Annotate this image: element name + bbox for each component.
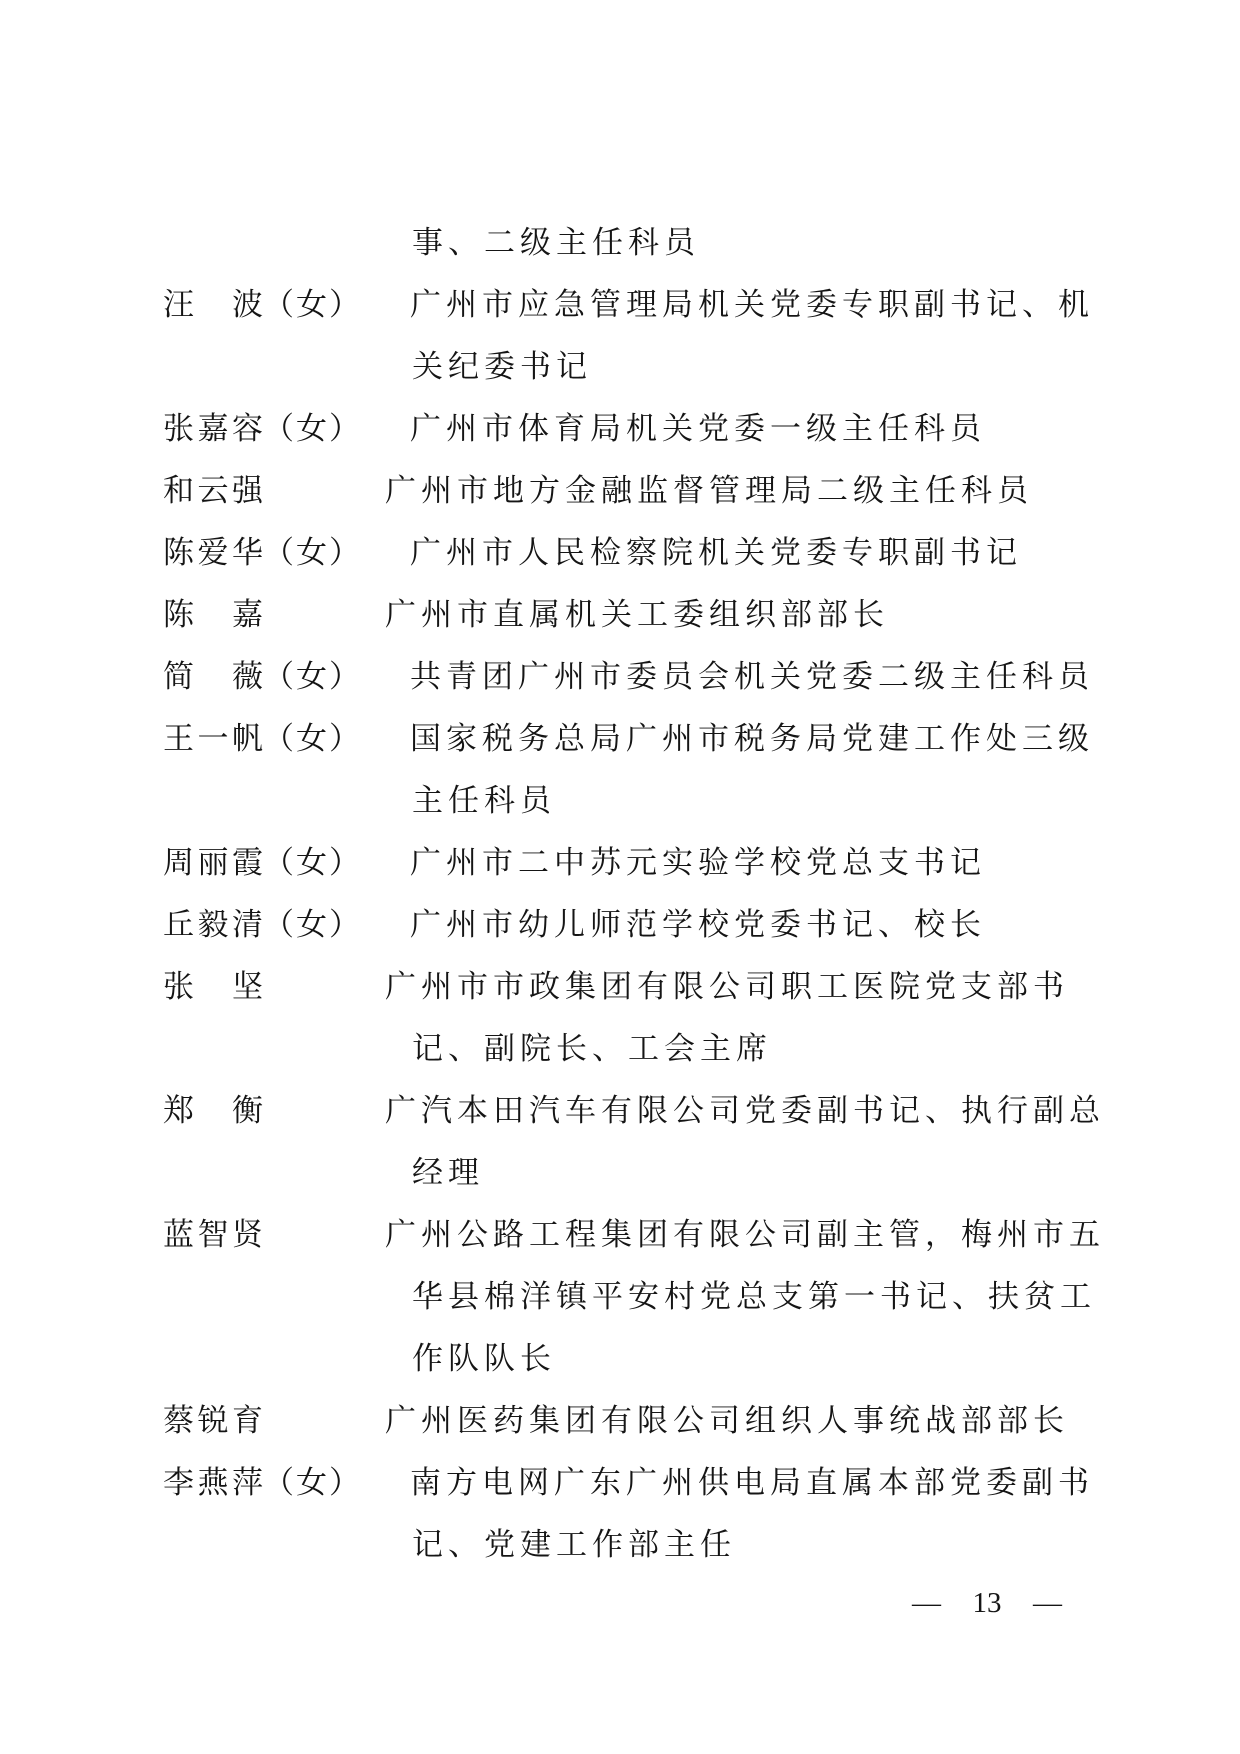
roster-entry: 汪波（女）广州市应急管理局机关党委专职副书记、机关纪委书记 [0,274,1240,398]
entry-name: 蓝智贤 [163,1204,263,1266]
roster-entry: 张坚广州市市政集团有限公司职工医院党支部书记、副院长、工会主席 [0,956,1240,1080]
entry-position-line: 国家税务总局广州市税务局党建工作处三级 [410,708,1094,770]
entry-name-char: 爱 [198,522,229,584]
entry-position-line: 广州市地方金融监督管理局二级主任科员 [385,460,1033,522]
entry-name-char: 蓝 [163,1204,194,1266]
roster-entry: 王一帆（女）国家税务总局广州市税务局党建工作处三级主任科员 [0,708,1240,832]
entry-name-char: 智 [198,1204,229,1266]
entry-position-line: 华县棉洋镇平安村党总支第一书记、扶贫工 [412,1266,1096,1328]
roster-entry: 和云强广州市地方金融监督管理局二级主任科员 [0,460,1240,522]
entry-name-char: 燕 [198,1452,229,1514]
entry-position-line: 广州市市政集团有限公司职工医院党支部书 [385,956,1069,1018]
entry-position-line: 广州市二中苏元实验学校党总支书记 [410,832,986,894]
entry-line: 张坚广州市市政集团有限公司职工医院党支部书 [0,956,1240,1018]
roster-entry: 事、二级主任科员 [0,212,1240,274]
entry-name-char: 容 [232,398,263,460]
entry-name-char: 陈 [163,584,194,646]
entry-name-char: 帆 [232,708,263,770]
entry-name-char: 毅 [198,894,229,956]
entry-position-line: 广州市人民检察院机关党委专职副书记 [410,522,1022,584]
entry-position-line: 广州市直属机关工委组织部部长 [385,584,889,646]
entry-name-char: 萍 [232,1452,263,1514]
entry-line: 主任科员 [0,770,1240,832]
entry-line: 蔡锐育广州医药集团有限公司组织人事统战部部长 [0,1390,1240,1452]
entry-position-line: 共青团广州市委员会机关党委二级主任科员 [410,646,1094,708]
entry-line: 事、二级主任科员 [0,212,1240,274]
roster-entry: 李燕萍（女）南方电网广东广州供电局直属本部党委副书记、党建工作部主任 [0,1452,1240,1576]
entry-line: 蓝智贤广州公路工程集团有限公司副主管，梅州市五 [0,1204,1240,1266]
roster-entry: 陈爱华（女）广州市人民检察院机关党委专职副书记 [0,522,1240,584]
entry-position-line: 广州医药集团有限公司组织人事统战部部长 [385,1390,1069,1452]
entry-name-char: 清 [232,894,263,956]
entry-position-line: 主任科员 [412,770,556,832]
page-number-dash-right: — [1033,1572,1062,1634]
entry-line: 周丽霞（女）广州市二中苏元实验学校党总支书记 [0,832,1240,894]
entry-position-line: 作队队长 [412,1328,556,1390]
entry-name: 汪波 [163,274,263,336]
page-number-dash-left: — [912,1572,941,1634]
roster-entry: 简薇（女）共青团广州市委员会机关党委二级主任科员 [0,646,1240,708]
entry-name-char: 霞 [232,832,263,894]
entry-position-line: 记、党建工作部主任 [412,1514,736,1576]
entry-line: 陈爱华（女）广州市人民检察院机关党委专职副书记 [0,522,1240,584]
entry-name-char: 云 [198,460,229,522]
entry-line: 简薇（女）共青团广州市委员会机关党委二级主任科员 [0,646,1240,708]
entry-name-char: 嘉 [198,398,229,460]
roster-entry: 张嘉容（女）广州市体育局机关党委一级主任科员 [0,398,1240,460]
entry-name-char: 汪 [163,274,194,336]
roster-entry: 周丽霞（女）广州市二中苏元实验学校党总支书记 [0,832,1240,894]
roster-entry: 蔡锐育广州医药集团有限公司组织人事统战部部长 [0,1390,1240,1452]
entry-name-char: 李 [163,1452,194,1514]
entry-name: 周丽霞 [163,832,263,894]
entry-name-char: 锐 [198,1390,229,1452]
entry-name-char: 华 [232,522,263,584]
roster-entry: 郑衡广汽本田汽车有限公司党委副书记、执行副总经理 [0,1080,1240,1204]
entry-position-line: 广州公路工程集团有限公司副主管，梅州市五 [385,1204,1105,1266]
entry-name-char: 一 [198,708,229,770]
entry-position-line: 经理 [412,1142,484,1204]
entry-name-char: 郑 [163,1080,194,1142]
entry-position-line: 事、二级主任科员 [412,212,700,274]
entry-name: 陈爱华 [163,522,263,584]
document-page: 事、二级主任科员汪波（女）广州市应急管理局机关党委专职副书记、机关纪委书记张嘉容… [0,0,1240,1754]
entry-position-line: 广州市应急管理局机关党委专职副书记、机 [410,274,1094,336]
entry-name: 王一帆 [163,708,263,770]
page-number-value: 13 [973,1572,1002,1634]
entry-line: 华县棉洋镇平安村党总支第一书记、扶贫工 [0,1266,1240,1328]
entry-gender: （女） [263,894,362,956]
entry-line: 和云强广州市地方金融监督管理局二级主任科员 [0,460,1240,522]
entry-line: 汪波（女）广州市应急管理局机关党委专职副书记、机 [0,274,1240,336]
entry-name: 郑衡 [163,1080,263,1142]
entry-position-line: 关纪委书记 [412,336,592,398]
entry-name-char: 简 [163,646,194,708]
entry-position-line: 广汽本田汽车有限公司党委副书记、执行副总 [385,1080,1105,1142]
entry-gender: （女） [263,398,362,460]
entry-gender: （女） [263,832,362,894]
page-number: — 13 — [912,1572,1062,1634]
entry-name-char: 育 [232,1390,263,1452]
entry-position-line: 南方电网广东广州供电局直属本部党委副书 [410,1452,1094,1514]
entry-name-char: 薇 [232,646,263,708]
entry-name: 丘毅清 [163,894,263,956]
entry-name-char: 强 [232,460,263,522]
entry-name-char: 坚 [232,956,263,1018]
entry-name-char: 张 [163,956,194,1018]
entry-name-char: 陈 [163,522,194,584]
entry-name: 张坚 [163,956,263,1018]
entry-gender: （女） [263,274,362,336]
entry-gender: （女） [263,708,362,770]
entry-name-char: 嘉 [232,584,263,646]
entry-line: 郑衡广汽本田汽车有限公司党委副书记、执行副总 [0,1080,1240,1142]
entry-position-line: 广州市幼儿师范学校党委书记、校长 [410,894,986,956]
entry-position-line: 记、副院长、工会主席 [412,1018,772,1080]
entry-line: 王一帆（女）国家税务总局广州市税务局党建工作处三级 [0,708,1240,770]
entry-line: 张嘉容（女）广州市体育局机关党委一级主任科员 [0,398,1240,460]
entry-line: 丘毅清（女）广州市幼儿师范学校党委书记、校长 [0,894,1240,956]
entry-name: 陈嘉 [163,584,263,646]
entry-name-char: 丘 [163,894,194,956]
entry-name-char: 蔡 [163,1390,194,1452]
entry-name: 蔡锐育 [163,1390,263,1452]
entry-gender: （女） [263,522,362,584]
entry-name: 简薇 [163,646,263,708]
entry-name: 李燕萍 [163,1452,263,1514]
entry-gender: （女） [263,646,362,708]
entry-name-char: 丽 [198,832,229,894]
roster-entry: 丘毅清（女）广州市幼儿师范学校党委书记、校长 [0,894,1240,956]
entry-name-char: 王 [163,708,194,770]
entry-name: 张嘉容 [163,398,263,460]
entry-line: 陈嘉广州市直属机关工委组织部部长 [0,584,1240,646]
entry-name-char: 衡 [232,1080,263,1142]
entry-name-char: 贤 [232,1204,263,1266]
entry-gender: （女） [263,1452,362,1514]
roster-entry: 陈嘉广州市直属机关工委组织部部长 [0,584,1240,646]
entry-position-line: 广州市体育局机关党委一级主任科员 [410,398,986,460]
roster-list: 事、二级主任科员汪波（女）广州市应急管理局机关党委专职副书记、机关纪委书记张嘉容… [0,212,1240,1576]
entry-line: 经理 [0,1142,1240,1204]
entry-line: 记、副院长、工会主席 [0,1018,1240,1080]
entry-name-char: 和 [163,460,194,522]
entry-line: 李燕萍（女）南方电网广东广州供电局直属本部党委副书 [0,1452,1240,1514]
entry-line: 作队队长 [0,1328,1240,1390]
entry-name: 和云强 [163,460,263,522]
entry-name-char: 周 [163,832,194,894]
roster-entry: 蓝智贤广州公路工程集团有限公司副主管，梅州市五华县棉洋镇平安村党总支第一书记、扶… [0,1204,1240,1390]
entry-line: 关纪委书记 [0,336,1240,398]
entry-name-char: 张 [163,398,194,460]
entry-name-char: 波 [232,274,263,336]
entry-line: 记、党建工作部主任 [0,1514,1240,1576]
